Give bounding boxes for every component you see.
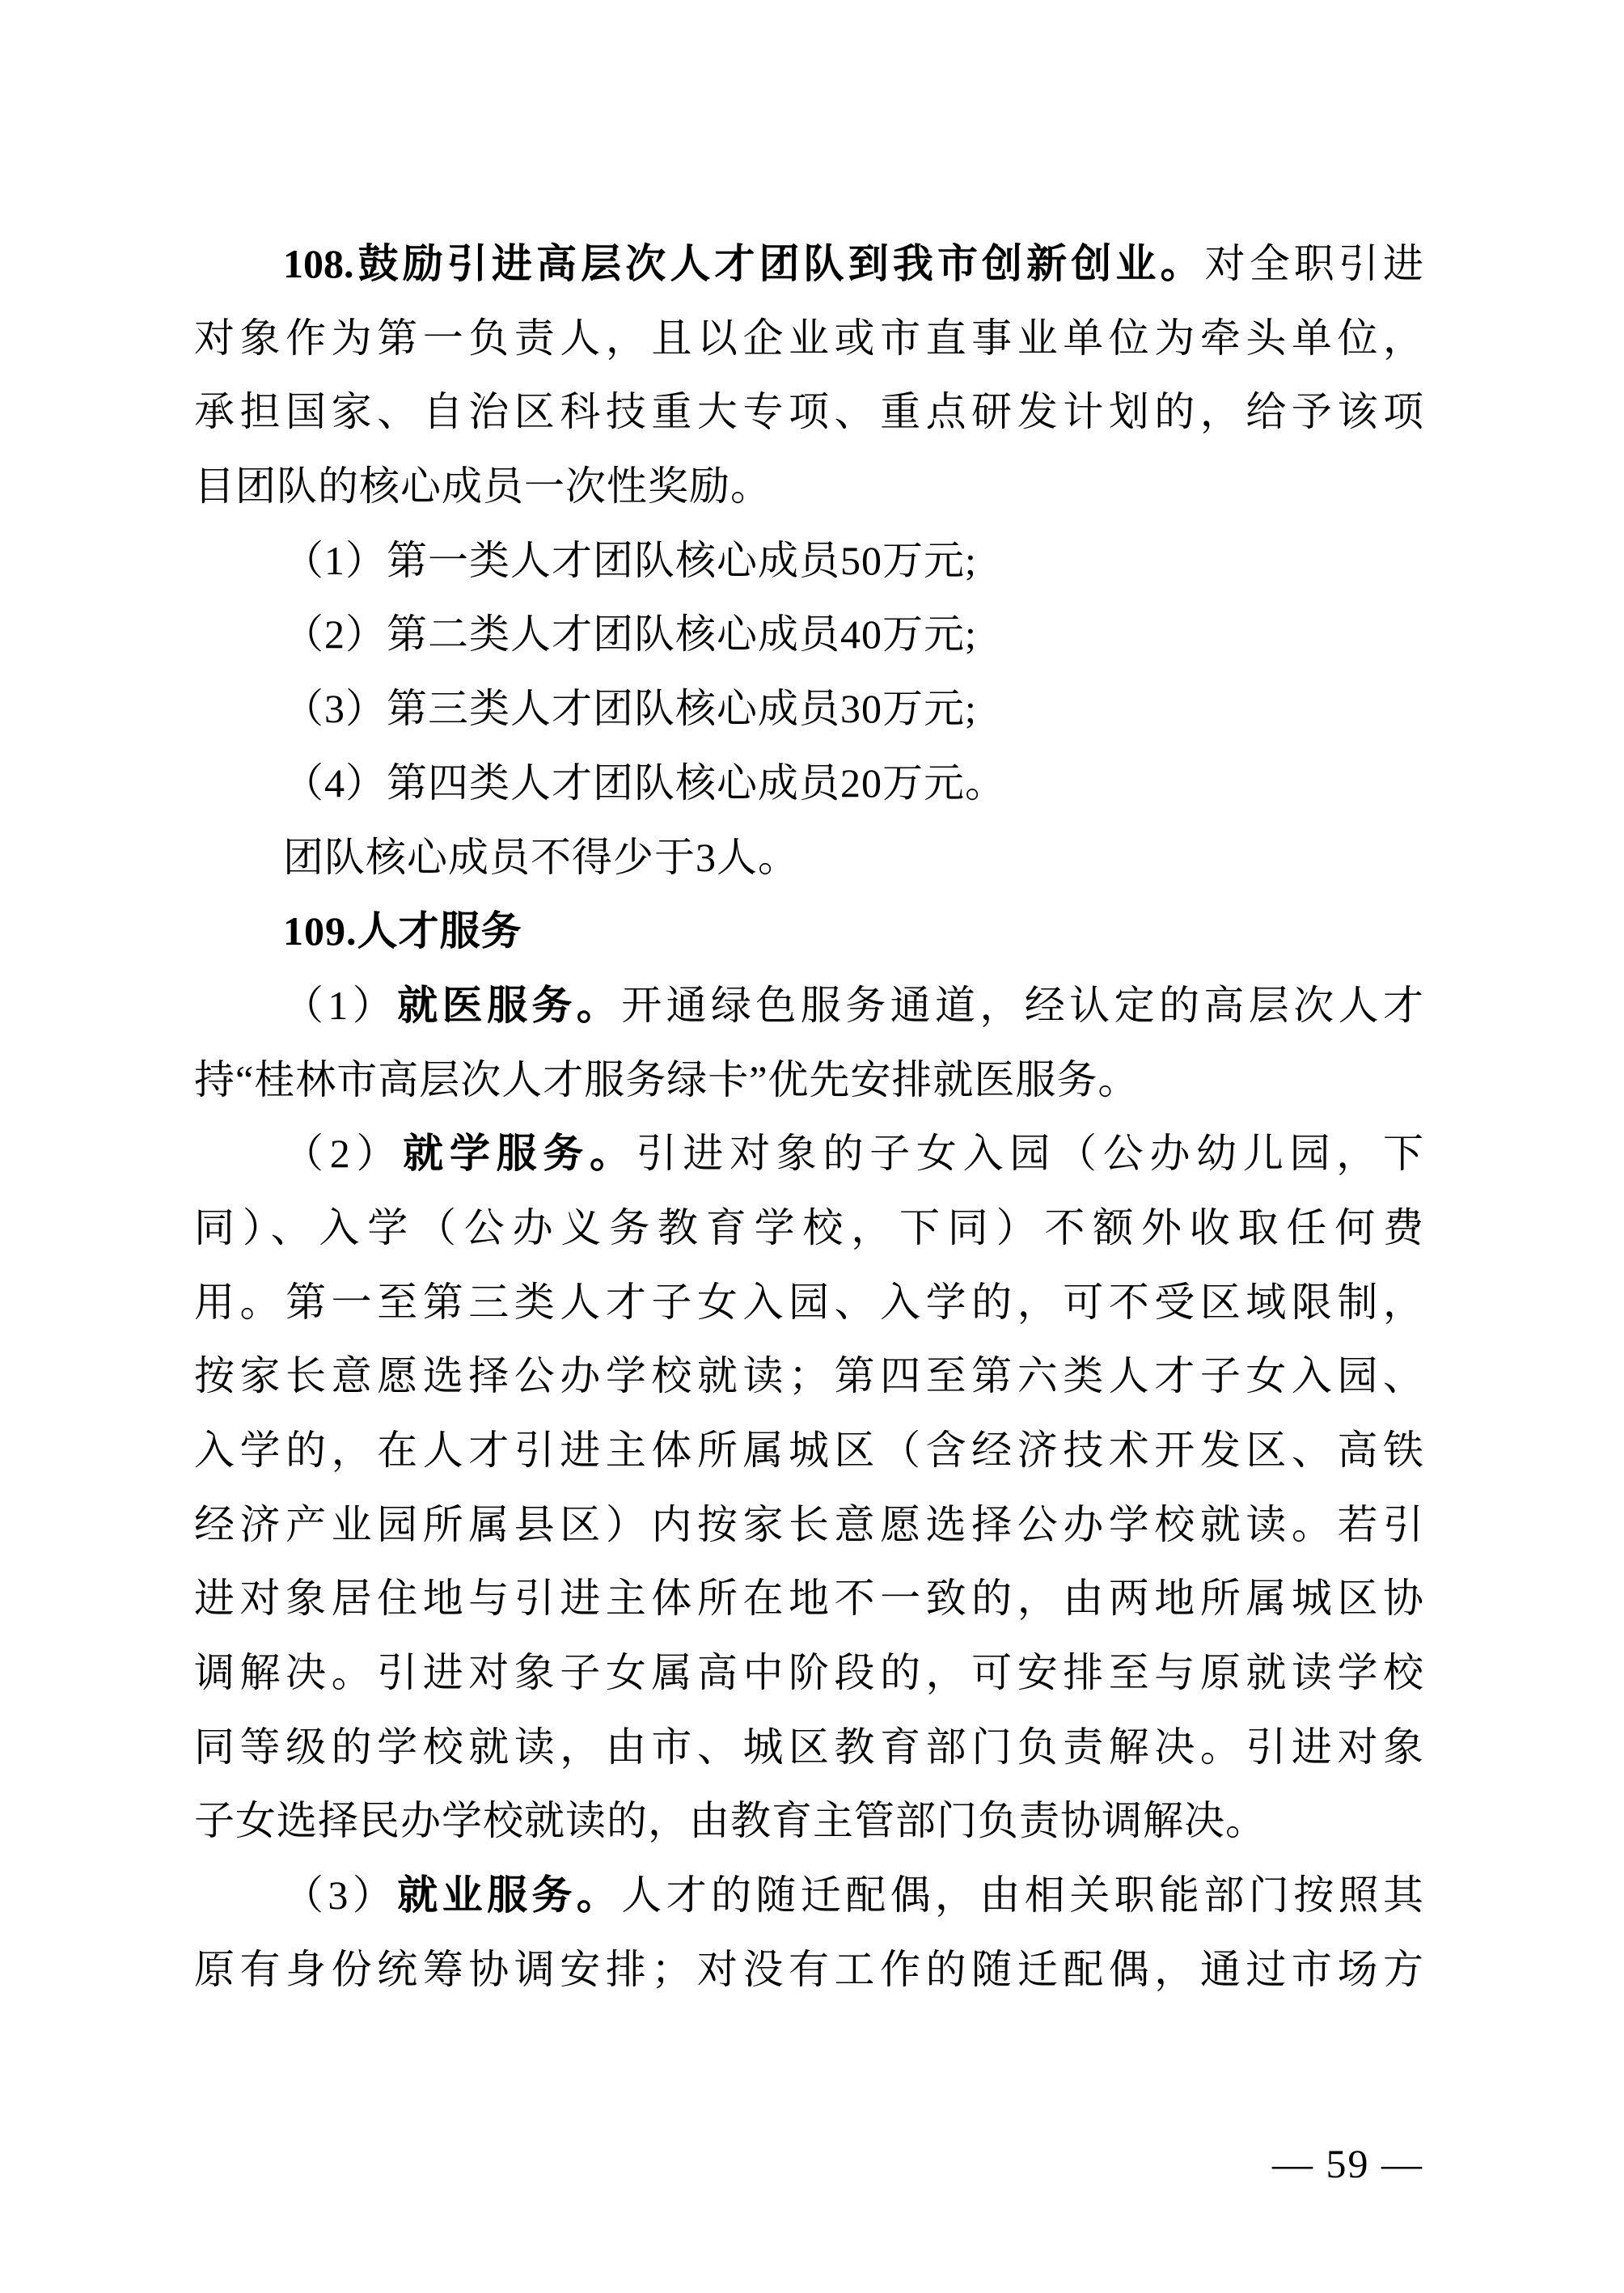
text-segment: 引进对象的子女入园（公办幼儿园，下 bbox=[636, 1131, 1423, 1176]
text-segment: 目团队的核心成员一次性奖励。 bbox=[194, 463, 772, 509]
text-line: （3）第三类人才团队核心成员30万元; bbox=[194, 672, 1423, 747]
text-line: 团队核心成员不得少于3人。 bbox=[194, 821, 1423, 895]
text-line: 经济产业园所属县区）内按家长意愿选择公办学校就读。若引 bbox=[194, 1488, 1423, 1563]
text-line: 承担国家、自治区科技重大专项、重点研发计划的，给予该项 bbox=[194, 375, 1423, 450]
text-segment: 团队核心成员不得少于3人。 bbox=[283, 835, 799, 880]
text-segment: 人才的随迁配偶，由相关职能部门按照其 bbox=[621, 1872, 1423, 1918]
text-segment: 入学的，在人才引进主体所属城区（含经济技术开发区、高铁 bbox=[194, 1428, 1423, 1473]
bold-text-segment: 108.鼓励引进高层次人才团队到我市创新创业。 bbox=[283, 241, 1205, 286]
text-line: 108.鼓励引进高层次人才团队到我市创新创业。对全职引进 bbox=[194, 227, 1423, 302]
text-segment: 调解决。引进对象子女属高中阶段的，可安排至与原就读学校 bbox=[194, 1650, 1423, 1695]
text-column: 108.鼓励引进高层次人才团队到我市创新创业。对全职引进对象作为第一负责人，且以… bbox=[194, 227, 1423, 2007]
text-segment: 对象作为第一负责人，且以企业或市直事业单位为牵头单位， bbox=[194, 315, 1423, 361]
text-segment: （2）第二类人才团队核心成员40万元; bbox=[283, 611, 977, 657]
text-segment: 对全职引进 bbox=[1205, 241, 1423, 286]
text-line: （4）第四类人才团队核心成员20万元。 bbox=[194, 747, 1423, 821]
text-line: 同）、入学（公办义务教育学校，下同）不额外收取任何费 bbox=[194, 1191, 1423, 1266]
text-line: 进对象居住地与引进主体所在地不一致的，由两地所属城区协 bbox=[194, 1562, 1423, 1636]
text-segment: 持“桂林市高层次人才服务绿卡”优先安排就医服务。 bbox=[194, 1057, 1139, 1102]
text-line: 原有身份统筹协调安排；对没有工作的随迁配偶，通过市场方 bbox=[194, 1933, 1423, 2007]
text-line: 入学的，在人才引进主体所属城区（含经济技术开发区、高铁 bbox=[194, 1414, 1423, 1488]
text-segment: 按家长意愿选择公办学校就读；第四至第六类人才子女入园、 bbox=[194, 1353, 1423, 1398]
text-segment: 同）、入学（公办义务教育学校，下同）不额外收取任何费 bbox=[194, 1205, 1423, 1250]
bold-text-segment: 就学服务。 bbox=[403, 1131, 636, 1176]
text-line: 对象作为第一负责人，且以企业或市直事业单位为牵头单位， bbox=[194, 302, 1423, 376]
bold-text-segment: 就业服务。 bbox=[397, 1872, 621, 1918]
text-line: 用。第一至第三类人才子女入园、入学的，可不受区域限制， bbox=[194, 1266, 1423, 1340]
text-line: （2）第二类人才团队核心成员40万元; bbox=[194, 598, 1423, 672]
text-line: （2）就学服务。引进对象的子女入园（公办幼儿园，下 bbox=[194, 1117, 1423, 1191]
text-line: 持“桂林市高层次人才服务绿卡”优先安排就医服务。 bbox=[194, 1043, 1423, 1118]
text-segment: 承担国家、自治区科技重大专项、重点研发计划的，给予该项 bbox=[194, 389, 1423, 434]
text-segment: 原有身份统筹协调安排；对没有工作的随迁配偶，通过市场方 bbox=[194, 1947, 1423, 1992]
text-segment: 用。第一至第三类人才子女入园、入学的，可不受区域限制， bbox=[194, 1280, 1423, 1325]
text-line: （1）就医服务。开通绿色服务通道，经认定的高层次人才 bbox=[194, 969, 1423, 1043]
text-segment: 子女选择民办学校就读的，由教育主管部门负责协调解决。 bbox=[194, 1798, 1267, 1843]
text-line: 同等级的学校就读，由市、城区教育部门负责解决。引进对象 bbox=[194, 1711, 1423, 1785]
text-segment: 同等级的学校就读，由市、城区教育部门负责解决。引进对象 bbox=[194, 1724, 1423, 1770]
text-segment: （3） bbox=[283, 1872, 397, 1918]
text-segment: 经济产业园所属县区）内按家长意愿选择公办学校就读。若引 bbox=[194, 1502, 1423, 1547]
text-segment: 进对象居住地与引进主体所在地不一致的，由两地所属城区协 bbox=[194, 1576, 1423, 1621]
text-line: 调解决。引进对象子女属高中阶段的，可安排至与原就读学校 bbox=[194, 1636, 1423, 1711]
text-line: （1）第一类人才团队核心成员50万元; bbox=[194, 524, 1423, 599]
bold-text-segment: 109.人才服务 bbox=[283, 908, 522, 954]
text-segment: （2） bbox=[283, 1131, 403, 1176]
text-line: （3）就业服务。人才的随迁配偶，由相关职能部门按照其 bbox=[194, 1859, 1423, 1933]
text-line: 109.人才服务 bbox=[194, 895, 1423, 969]
text-segment: （1）第一类人才团队核心成员50万元; bbox=[283, 538, 977, 583]
text-line: 目团队的核心成员一次性奖励。 bbox=[194, 450, 1423, 524]
text-segment: 开通绿色服务通道，经认定的高层次人才 bbox=[621, 983, 1423, 1028]
page-number: — 59 — bbox=[1272, 2139, 1423, 2188]
text-segment: （4）第四类人才团队核心成员20万元。 bbox=[283, 760, 1006, 806]
document-page: 108.鼓励引进高层次人才团队到我市创新创业。对全职引进对象作为第一负责人，且以… bbox=[0, 0, 1624, 2293]
text-segment: （3）第三类人才团队核心成员30万元; bbox=[283, 686, 977, 731]
text-line: 子女选择民办学校就读的，由教育主管部门负责协调解决。 bbox=[194, 1784, 1423, 1859]
text-line: 按家长意愿选择公办学校就读；第四至第六类人才子女入园、 bbox=[194, 1339, 1423, 1414]
text-segment: （1） bbox=[283, 983, 397, 1028]
bold-text-segment: 就医服务。 bbox=[397, 983, 621, 1028]
